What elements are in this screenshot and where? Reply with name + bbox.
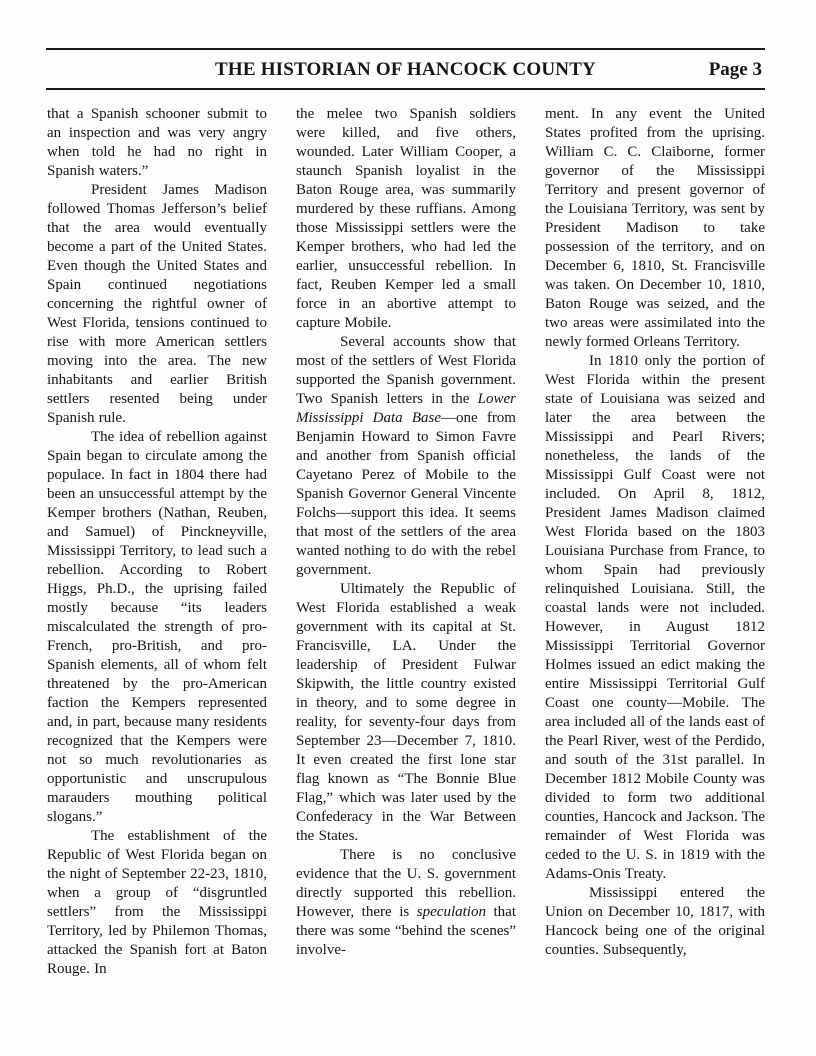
article-body: that a Spanish schooner submit to an ins…	[47, 105, 766, 979]
italic-run: speculation	[417, 904, 486, 920]
paragraph: In 1810 only the portion of West Florida…	[545, 352, 765, 884]
paragraph: The establishment of the Republic of Wes…	[47, 827, 267, 979]
text-run: The establishment of the Republic of Wes…	[47, 828, 267, 977]
text-run: that a Spanish schooner submit to an ins…	[47, 106, 267, 179]
text-run: —one from Benjamin Howard to Simon Favre…	[296, 410, 516, 578]
text-run: Mississippi entered the Union on Decembe…	[545, 885, 765, 958]
paragraph: There is no conclusive evidence that the…	[296, 846, 516, 960]
text-run: the melee two Spanish soldiers were kill…	[296, 106, 516, 331]
paragraph: that a Spanish schooner submit to an ins…	[47, 105, 267, 181]
text-run: President James Madison followed Thomas …	[47, 182, 267, 426]
text-run: Ultimately the Republic of West Florida …	[296, 581, 516, 844]
paragraph: Mississippi entered the Union on Decembe…	[545, 884, 765, 960]
paragraph: President James Madison followed Thomas …	[47, 181, 267, 428]
paragraph: the melee two Spanish soldiers were kill…	[296, 105, 516, 333]
masthead: THE HISTORIAN OF HANCOCK COUNTY Page 3	[46, 48, 765, 90]
paragraph: ment. In any event the United States pro…	[545, 105, 765, 352]
text-run: ment. In any event the United States pro…	[545, 106, 765, 350]
text-column-3: ment. In any event the United States pro…	[545, 105, 765, 979]
text-run: The idea of rebellion against Spain bega…	[47, 429, 267, 825]
newsletter-page: THE HISTORIAN OF HANCOCK COUNTY Page 3 t…	[0, 0, 816, 1056]
text-run: In 1810 only the portion of West Florida…	[545, 353, 765, 882]
page-number: Page 3	[709, 59, 762, 81]
paragraph: Ultimately the Republic of West Florida …	[296, 580, 516, 846]
text-column-2: the melee two Spanish soldiers were kill…	[296, 105, 516, 979]
paragraph: Several accounts show that most of the s…	[296, 333, 516, 580]
page-title: THE HISTORIAN OF HANCOCK COUNTY	[46, 59, 765, 81]
paragraph: The idea of rebellion against Spain bega…	[47, 428, 267, 827]
text-column-1: that a Spanish schooner submit to an ins…	[47, 105, 267, 979]
